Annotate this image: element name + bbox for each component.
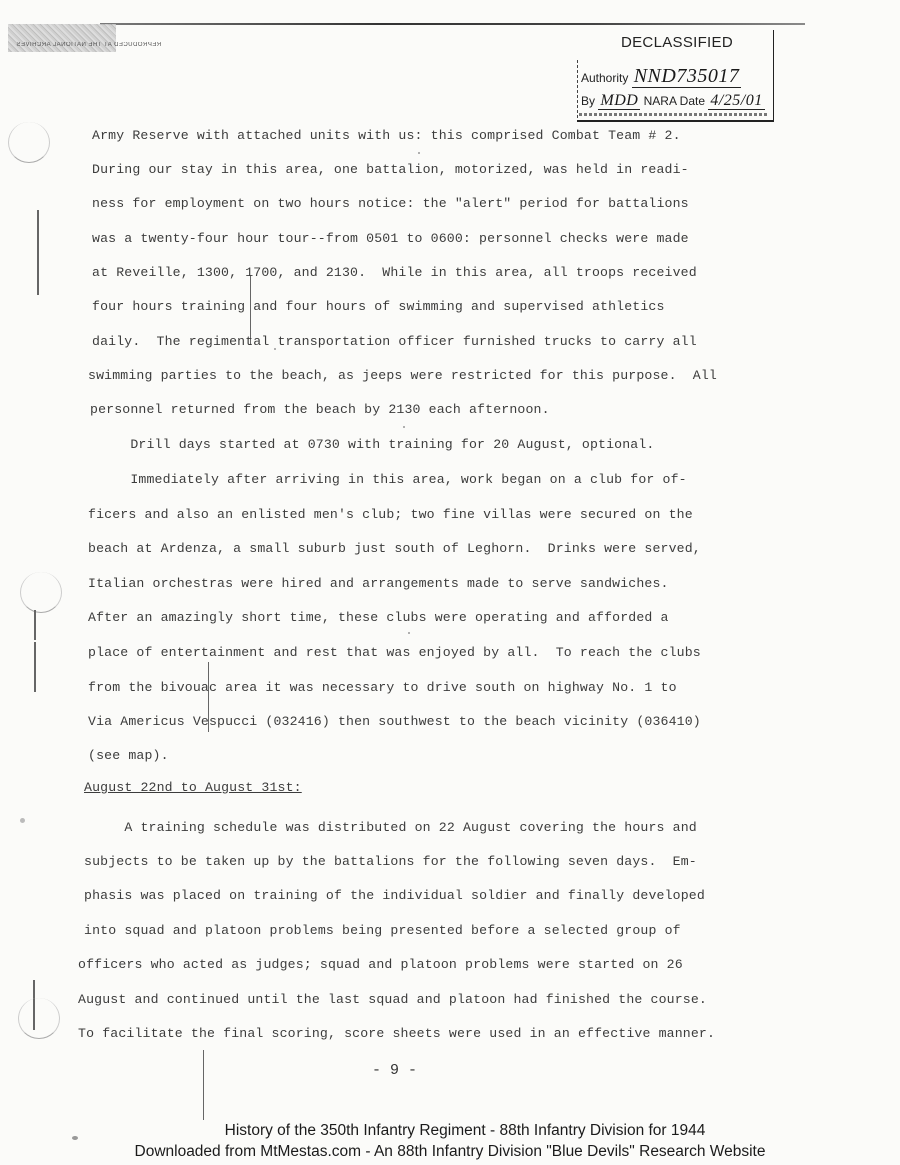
text-line: Italian orchestras were hired and arrang… xyxy=(88,576,669,591)
text-line: phasis was placed on training of the ind… xyxy=(84,888,705,903)
text-line: After an amazingly short time, these clu… xyxy=(88,610,669,625)
scan-speck xyxy=(403,426,405,428)
text-line: swimming parties to the beach, as jeeps … xyxy=(88,368,717,383)
text-line: daily. The regimental transportation off… xyxy=(92,334,697,349)
scan-speck xyxy=(20,818,25,823)
text-line: ficers and also an enlisted men's club; … xyxy=(88,507,693,522)
text-line: place of entertainment and rest that was… xyxy=(88,645,701,660)
text-line: from the bivouac area it was necessary t… xyxy=(88,680,677,695)
text-line: Drill days started at 0730 with training… xyxy=(90,437,654,452)
footer-title: History of the 350th Infantry Regiment -… xyxy=(0,1122,900,1140)
text-line: four hours training and four hours of sw… xyxy=(92,299,665,314)
scan-speck xyxy=(274,348,276,350)
text-line: ness for employment on two hours notice:… xyxy=(92,196,689,211)
text-line: personnel returned from the beach by 213… xyxy=(90,402,550,417)
scan-speck xyxy=(418,152,420,154)
document-body: Army Reserve with attached units with us… xyxy=(0,0,900,1165)
text-line: Via Americus Vespucci (032416) then sout… xyxy=(88,714,701,729)
page-number: - 9 - xyxy=(372,1062,417,1079)
text-line: Immediately after arriving in this area,… xyxy=(90,472,687,487)
text-line: To facilitate the final scoring, score s… xyxy=(78,1026,715,1041)
text-line: subjects to be taken up by the battalion… xyxy=(84,854,697,869)
text-line: Army Reserve with attached units with us… xyxy=(92,128,681,143)
text-line: During our stay in this area, one battal… xyxy=(92,162,689,177)
section-heading: August 22nd to August 31st: xyxy=(84,780,302,795)
footer-source: Downloaded from MtMestas.com - An 88th I… xyxy=(0,1143,900,1161)
text-line: at Reveille, 1300, 1700, and 2130. While… xyxy=(92,265,697,280)
text-line: (see map). xyxy=(88,748,169,763)
text-line: beach at Ardenza, a small suburb just so… xyxy=(88,541,701,556)
text-line: A training schedule was distributed on 2… xyxy=(84,820,697,835)
scan-speck xyxy=(408,632,410,634)
text-line: officers who acted as judges; squad and … xyxy=(78,957,683,972)
text-line: into squad and platoon problems being pr… xyxy=(84,923,681,938)
scan-speck xyxy=(72,1136,78,1140)
text-line: was a twenty-four hour tour--from 0501 t… xyxy=(92,231,689,246)
text-line: August and continued until the last squa… xyxy=(78,992,707,1007)
